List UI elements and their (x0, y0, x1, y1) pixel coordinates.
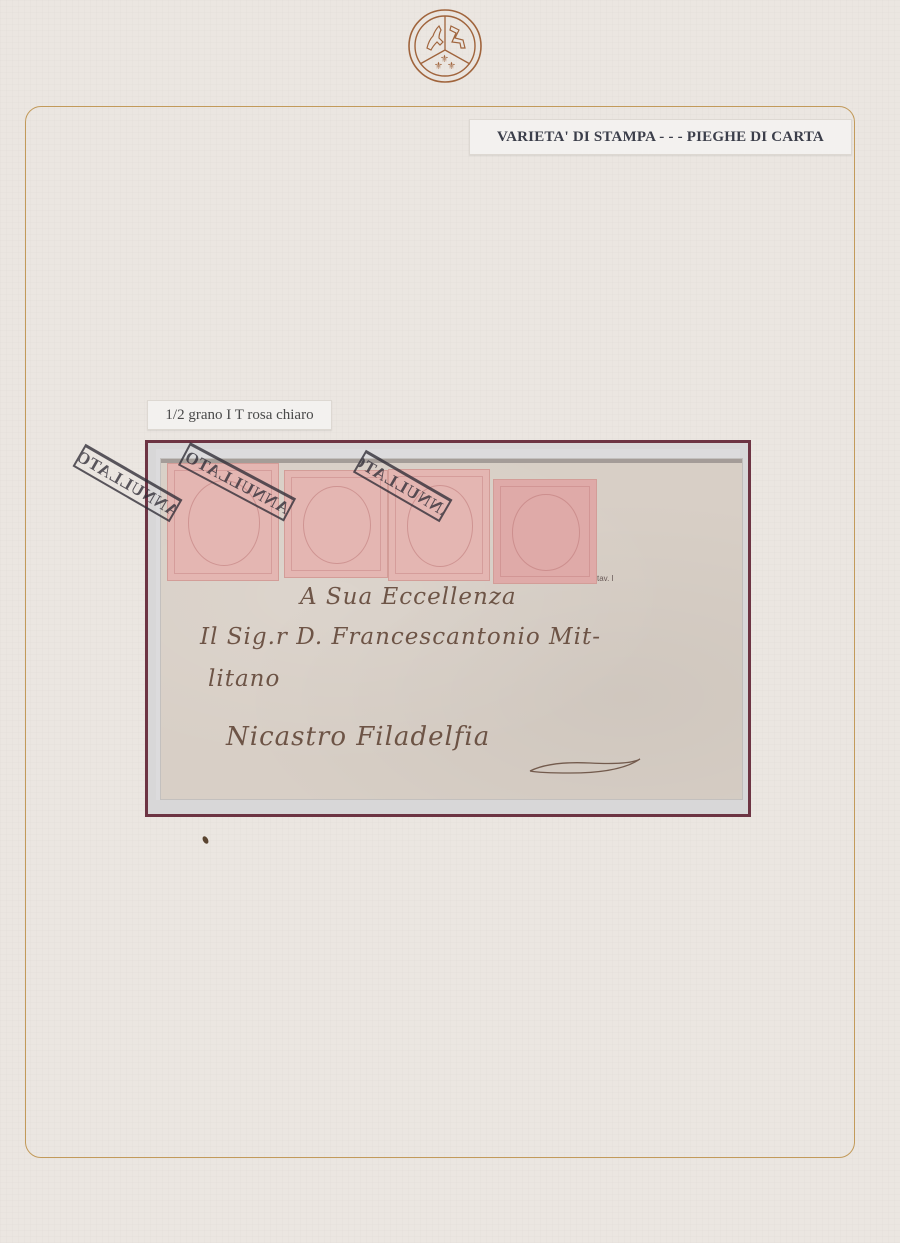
address-line-4: Nicastro Filadelfia (226, 722, 490, 752)
stamp-oval (303, 486, 370, 564)
address-line-3: litano (208, 666, 280, 692)
stamp-4 (493, 479, 597, 584)
page-title-label: VARIETA' DI STAMPA - - - PIEGHE DI CARTA (469, 119, 852, 155)
svg-text:⚜: ⚜ (447, 61, 456, 72)
address-line-2: Il Sig.r D. Francescantonio Mit- (200, 624, 601, 650)
flourish-underline (520, 755, 650, 779)
stamp-oval (512, 494, 579, 570)
pencil-note: tav. I (597, 574, 614, 583)
stamp-2 (284, 470, 388, 578)
heraldic-crest-icon: ⚜ ⚜ ⚜ (407, 8, 483, 84)
item-description-label: 1/2 grano I T rosa chiaro (147, 400, 332, 430)
address-line-1: A Sua Eccellenza (300, 584, 517, 610)
